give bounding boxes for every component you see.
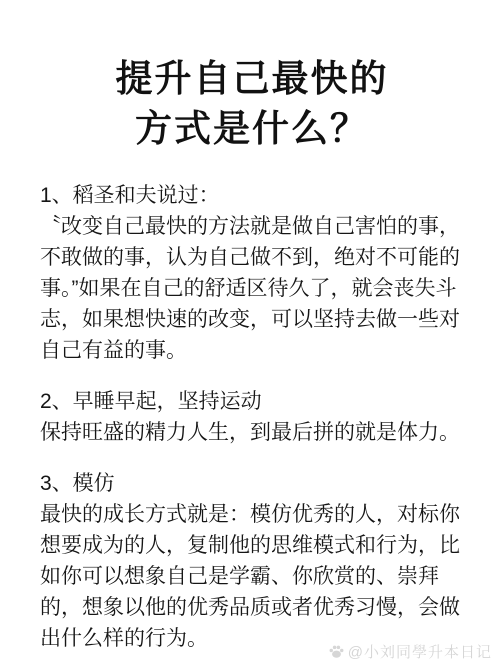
watermark-text: @小刘同學升本日记	[348, 641, 492, 662]
section-3-heading: 3、模仿	[40, 468, 464, 499]
section-2-heading: 2、早睡早起，坚持运动	[40, 386, 464, 417]
section-1-body: 〝改变自己最快的方法就是做自己害怕的事，不敢做的事，认为自己做不到，绝对不可能的…	[40, 211, 464, 366]
section-2-body: 保持旺盛的精力人生，到最后拼的就是体力。	[40, 417, 464, 448]
section-2: 2、早睡早起，坚持运动 保持旺盛的精力人生，到最后拼的就是体力。	[40, 386, 464, 448]
section-3: 3、模仿 最快的成长方式就是：模仿优秀的人，对标你想要成为的人，复制他的思维模式…	[40, 468, 464, 654]
page-title-line-1: 提升自己最快的	[40, 54, 464, 104]
watermark: @小刘同學升本日记	[328, 641, 492, 662]
page-title-line-2: 方式是什么？	[40, 104, 464, 154]
paw-icon	[328, 643, 345, 660]
section-3-body: 最快的成长方式就是：模仿优秀的人，对标你想要成为的人，复制他的思维模式和行为，比…	[40, 499, 464, 654]
article-card: 提升自己最快的 方式是什么？ 1、稻圣和夫说过： 〝改变自己最快的方法就是做自己…	[0, 0, 500, 668]
section-1-heading: 1、稻圣和夫说过：	[40, 180, 464, 211]
page-title: 提升自己最快的 方式是什么？	[40, 54, 464, 154]
section-1: 1、稻圣和夫说过： 〝改变自己最快的方法就是做自己害怕的事，不敢做的事，认为自己…	[40, 180, 464, 366]
